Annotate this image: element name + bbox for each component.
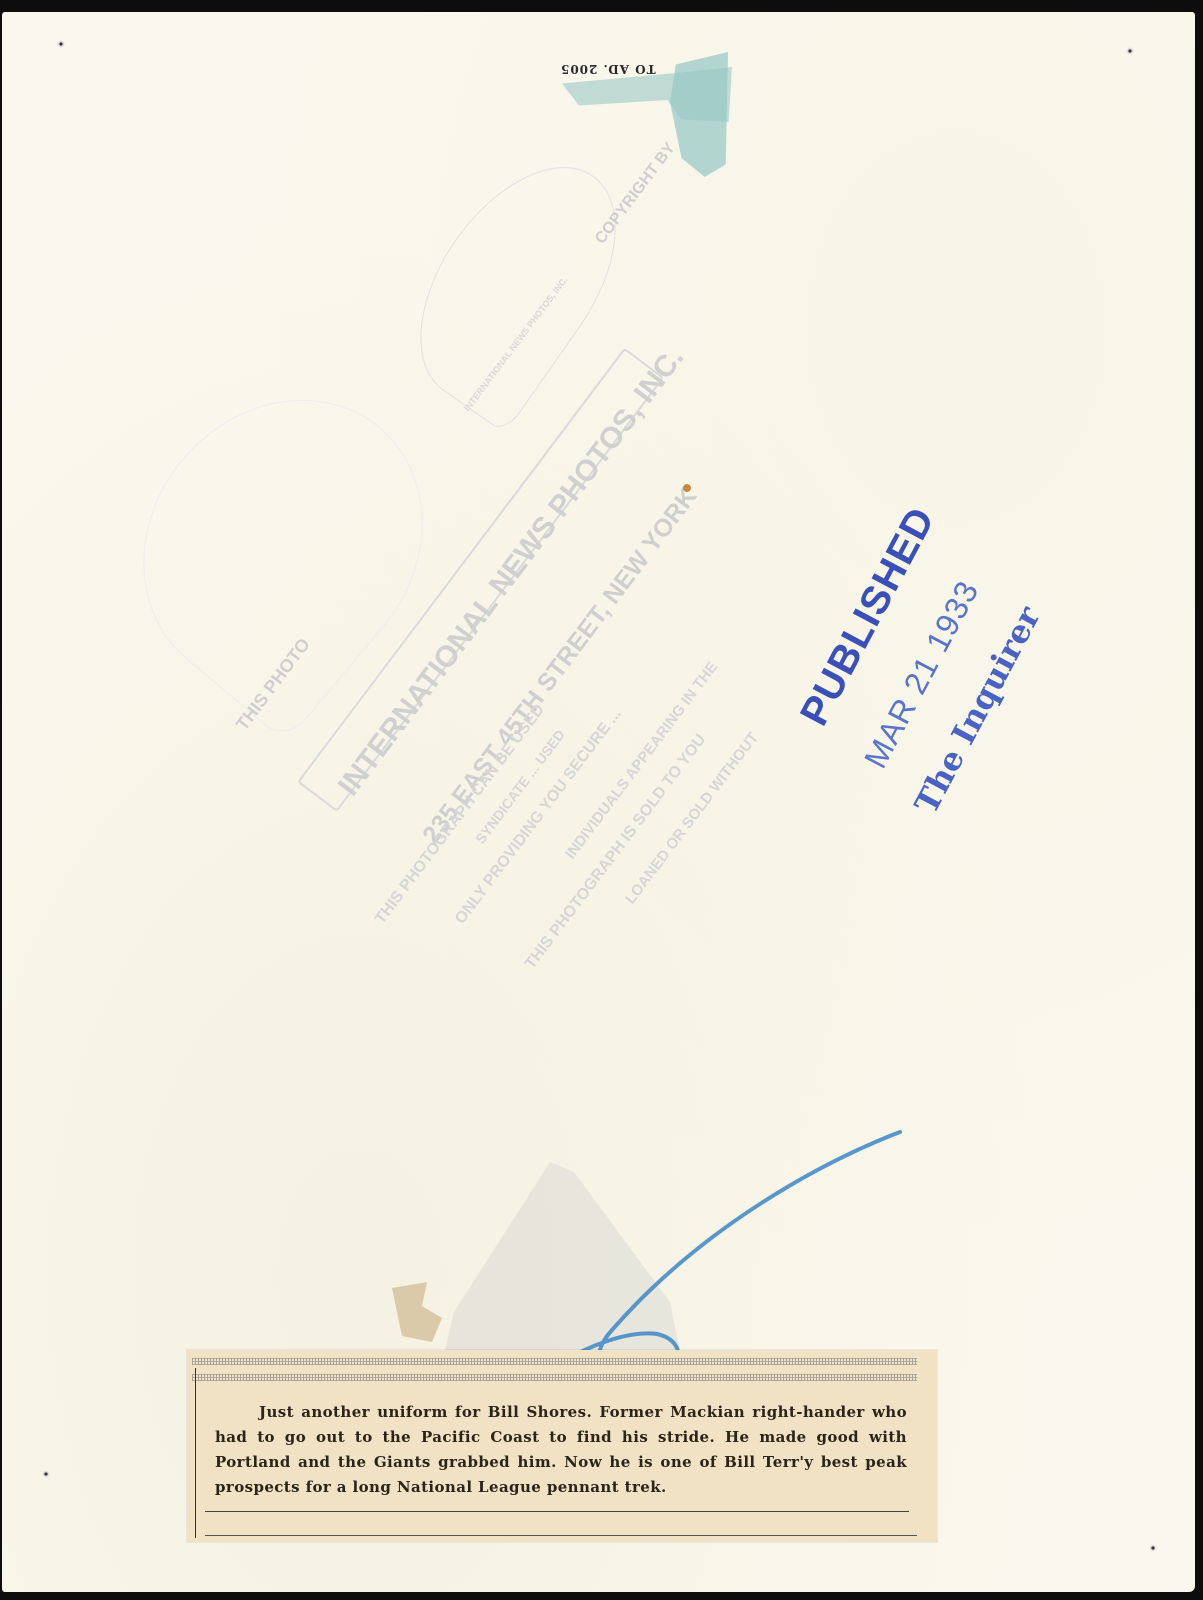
photo-back-paper: TO AD. 2005 THIS PHOTO COPYRIGHT BY INTE… bbox=[2, 12, 1195, 1592]
newspaper-clipping: Just another uniform for Bill Shores. Fo… bbox=[187, 1350, 937, 1542]
clipping-top-rule bbox=[192, 1358, 917, 1365]
clipping-border bbox=[195, 1368, 196, 1538]
clipping-bottom-rule bbox=[205, 1535, 917, 1536]
clipping-top-rule bbox=[192, 1374, 917, 1381]
clipping-caption: Just another uniform for Bill Shores. Fo… bbox=[215, 1400, 907, 1500]
clipping-bottom-rule bbox=[205, 1511, 909, 1512]
clipping-paragraph: Just another uniform for Bill Shores. Fo… bbox=[215, 1400, 907, 1500]
